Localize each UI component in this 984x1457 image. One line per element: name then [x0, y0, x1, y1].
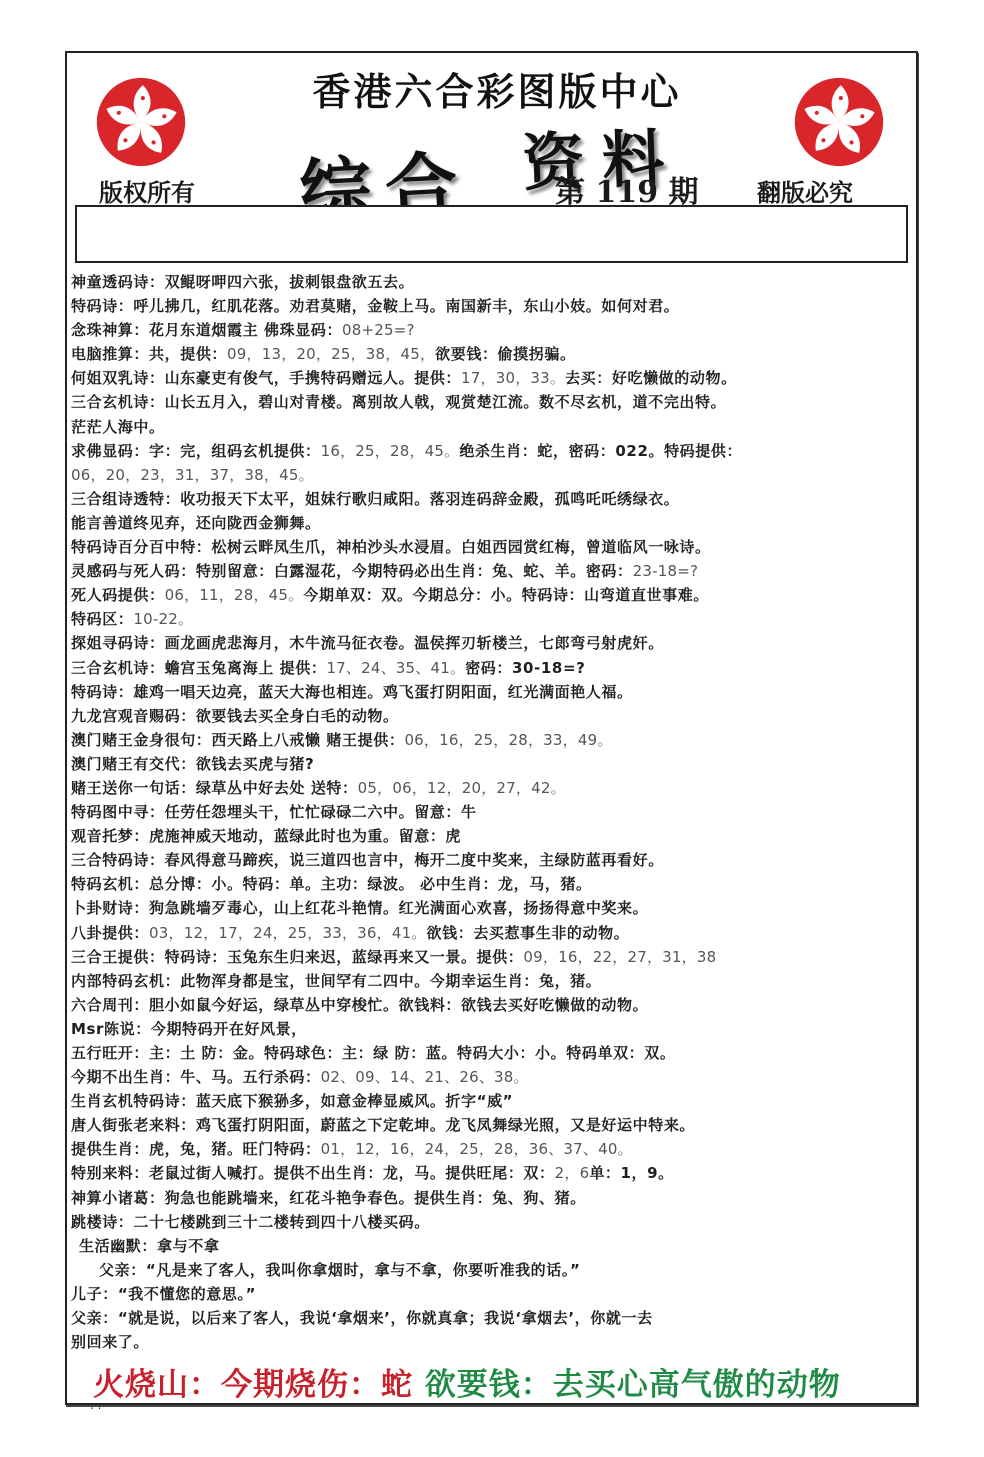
- line-numbers: 16，25，28，45。: [321, 442, 460, 460]
- line-label: 特码诗百分百中特：: [71, 538, 211, 556]
- footer-mark: . .: [90, 1398, 101, 1412]
- line-text: 特别留意：白露湿花，今期特码必出生肖：兔、蛇、羊。密码：: [196, 562, 633, 580]
- line-tail: 单：1，9。: [589, 1164, 673, 1182]
- line-text: 松树云畔凤生爪，神柏沙头水浸眉。白姐西园赏红梅，曾道临风一咏诗。: [211, 538, 710, 556]
- text-line: 别回来了。: [71, 1330, 911, 1354]
- line-label: 今期不出生肖：: [71, 1068, 180, 1086]
- line-tail: 去买：好吃懒做的动物。: [565, 369, 737, 387]
- line-label: 三合王提供：: [71, 948, 165, 966]
- line-tail: 欲钱：去买惹事生非的动物。: [427, 924, 630, 942]
- line-label: 三合玄机诗：: [71, 393, 165, 411]
- line-label: 神童透码诗：: [71, 273, 165, 291]
- blank-content-box: [75, 205, 908, 263]
- line-text: 画龙画虎悲海月，木牛流马征衣卷。温侯挥刃斩楼兰，七郎弯弓射虎奸。: [165, 634, 664, 652]
- line-text: 主：土 防：金。特码球色：主：绿 防：蓝。特码大小：小。特码单双：双。: [149, 1044, 675, 1062]
- line-text: 绿草丛中好去处 送特：: [196, 779, 358, 797]
- text-line: 特码诗：呼儿拂几，红肌花落。劝君莫赌，金鞍上马。南国新丰，东山小妓。如何对君。: [71, 294, 911, 318]
- text-line: 父亲：“就是说，以后来了客人，我说‘拿烟来’，你就真拿；我说‘拿烟去’，你就一去: [71, 1306, 911, 1330]
- line-text: 西天路上八戒懒 赌王提供：: [211, 731, 404, 749]
- line-text: 山长五月入，碧山对青楼。离别故人戟，观赏楚江流。数不尽玄机，道不完出特。: [165, 393, 727, 411]
- text-line: 澳门赌王金身很句：西天路上八戒懒 赌王提供：06，16，25，28，33，49。: [71, 728, 911, 752]
- text-line: 父亲：“凡是来了客人，我叫你拿烟时，拿与不拿，你要听准我的话。”: [71, 1258, 911, 1282]
- bauhinia-emblem-icon: [95, 76, 187, 168]
- text-line: 念珠神算：花月东道烟霞主 佛珠显码：08+25=?: [71, 318, 911, 342]
- line-label: 特码区：: [71, 610, 133, 628]
- text-line: 特码区：10-22。: [71, 607, 911, 631]
- text-line: 求佛显码：字：完，组码玄机提供：16，25，28，45。绝杀生肖：蛇，密码：02…: [71, 439, 911, 463]
- line-text: 共，提供：: [149, 345, 227, 363]
- line-numbers: 17，30，33。: [461, 369, 565, 387]
- line-numbers: 06，11，28，45。: [165, 586, 304, 604]
- copyright-right-label: 翻版必究: [757, 173, 853, 208]
- line-numbers: 03，12，17，24，25，33，36，41。: [149, 924, 427, 942]
- text-line: 生活幽默：拿与不拿: [71, 1234, 911, 1258]
- line-label: 生肖玄机特码诗：: [71, 1092, 196, 1110]
- text-line: 卜卦财诗：狗急跳墙歹毒心，山上红花斗艳情。红光满面心欢喜，扬扬得意中奖来。: [71, 896, 911, 920]
- text-line: 观音托梦：虎施神威天地动，蓝绿此时也为重。留意：虎: [71, 824, 911, 848]
- text-line: 九龙宫观音赐码：欲要钱去买全身白毛的动物。: [71, 704, 911, 728]
- line-numbers: 09，13，20，25，38，45，: [227, 345, 435, 363]
- bauhinia-emblem-icon: [793, 76, 885, 168]
- footer-banner: 火烧山：今期烧伤：蛇 欲要钱：去买心高气傲的动物: [93, 1359, 841, 1404]
- line-text: 别回来了。: [71, 1333, 149, 1351]
- text-line: 今期不出生肖：牛、马。五行杀码：02、09、14、21、26、38。: [71, 1065, 911, 1089]
- line-numbers: 06，16，25，28，33，49。: [404, 731, 612, 749]
- line-text: “就是说，以后来了客人，我说‘拿烟来’，你就真拿；我说‘拿烟去’，你就一去: [118, 1309, 653, 1327]
- text-line: 唐人街张老来料：鸡飞蛋打阴阳面，蔚蓝之下定乾坤。龙飞凤舞绿光照，又是好运中特来。: [71, 1113, 911, 1137]
- line-text: 收功报天下太平，姐妹行歌归咸阳。落羽连码辞金殿，孤鸣吒吒绣绿衣。: [180, 490, 679, 508]
- line-label: 三合特码诗：: [71, 851, 165, 869]
- line-tail: 欲要钱：偷摸拐骗。: [435, 345, 575, 363]
- text-line: 三合组诗透特：收功报天下太平，姐妹行歌归咸阳。落羽连码辞金殿，孤鸣吒吒绣绿衣。: [71, 487, 911, 511]
- line-label: 八卦提供：: [71, 924, 149, 942]
- line-label: 特码图中寻：: [71, 803, 165, 821]
- line-label: 五行旺开：: [71, 1044, 149, 1062]
- line-numbers: 08+25=?: [342, 321, 415, 339]
- text-line: 特码诗百分百中特：松树云畔凤生爪，神柏沙头水浸眉。白姐西园赏红梅，曾道临风一咏诗…: [71, 535, 911, 559]
- line-text: 今期特码开在好风景，: [151, 1020, 307, 1038]
- line-text: 胆小如鼠今好运，绿草丛中穿梭忙。欲钱料：欲钱去买好吃懒做的动物。: [149, 996, 648, 1014]
- text-line: 儿子：“我不懂您的意思。”: [71, 1282, 911, 1306]
- line-label: 特码诗：: [71, 297, 133, 315]
- line-text: 狗急跳墙歹毒心，山上红花斗艳情。红光满面心欢喜，扬扬得意中奖来。: [149, 899, 648, 917]
- copyright-left-label: 版权所有: [99, 173, 195, 208]
- line-label: 儿子：: [71, 1285, 118, 1303]
- line-label: 求佛显码：: [71, 442, 149, 460]
- line-text: 春风得意马蹄疾，说三道四也言中，梅开二度中奖来，主绿防蓝再看好。: [165, 851, 664, 869]
- text-line: 特码玄机：总分博：小。特码：单。主功：绿波。 必中生肖：龙，马，猪。: [71, 872, 911, 896]
- text-line: 特别来料：老鼠过街人喊打。提供不出生肖：龙，马。提供旺尾：双：2，6单：1，9。: [71, 1161, 911, 1185]
- line-text: 虎，兔，猪。旺门特码：: [149, 1140, 321, 1158]
- line-label: 特别来料：: [71, 1164, 149, 1182]
- line-text: 拿与不拿: [157, 1237, 219, 1255]
- line-text: “凡是来了客人，我叫你拿烟时，拿与不拿，你要听准我的话。”: [146, 1261, 581, 1279]
- text-line: 死人码提供：06，11，28，45。今期单双：双。今期总分：小。特码诗：山弯道直…: [71, 583, 911, 607]
- line-numbers: 02、09、14、21、26、38。: [321, 1068, 529, 1086]
- text-line: 三合特码诗：春风得意马蹄疾，说三道四也言中，梅开二度中奖来，主绿防蓝再看好。: [71, 848, 911, 872]
- line-label: 探姐寻码诗：: [71, 634, 165, 652]
- line-text: 总分博：小。特码：单。主功：绿波。 必中生肖：龙，马，猪。: [149, 875, 592, 893]
- line-text: “我不懂您的意思。”: [118, 1285, 256, 1303]
- bulletin-sheet: 香港六合彩图版中心 综合 资料 版权所有 第 119 期 翻版必究 神童透码诗：…: [65, 51, 918, 1405]
- line-label: 父亲：: [99, 1261, 146, 1279]
- line-text: 狗急也能跳墙来，红花斗艳争春色。提供生肖：兔、狗、猪。: [165, 1189, 586, 1207]
- line-numbers: 2，6: [555, 1164, 590, 1182]
- line-text: 鸡飞蛋打阴阳面，蔚蓝之下定乾坤。龙飞凤舞绿光照，又是好运中特来。: [196, 1116, 695, 1134]
- text-line: Msr陈说：今期特码开在好风景，: [71, 1017, 911, 1041]
- line-label: 死人码提供：: [71, 586, 165, 604]
- line-text: 蓝天底下猴狲多，如意金棒显威风。折字“威”: [196, 1092, 513, 1110]
- line-numbers: 23-18=?: [633, 562, 699, 580]
- banner-fire-text: 火烧山：今期烧伤：蛇: [93, 1367, 413, 1403]
- line-text: 呼儿拂几，红肌花落。劝君莫赌，金鞍上马。南国新丰，东山小妓。如何对君。: [133, 297, 679, 315]
- text-line: 提供生肖：虎，兔，猪。旺门特码：01，12，16，24，25，28，36、37、…: [71, 1137, 911, 1161]
- text-line: 八卦提供：03，12，17，24，25，33，36，41。欲钱：去买惹事生非的动…: [71, 921, 911, 945]
- line-label: 澳门赌王金身很句：: [71, 731, 211, 749]
- line-tail: 密码：30-18=?: [465, 659, 585, 677]
- text-line: 五行旺开：主：土 防：金。特码球色：主：绿 防：蓝。特码大小：小。特码单双：双。: [71, 1041, 911, 1065]
- line-label: 六合周刊：: [71, 996, 149, 1014]
- line-label: 内部特码玄机：: [71, 972, 180, 990]
- line-tail: 今期单双：双。今期总分：小。特码诗：山弯道直世事难。: [303, 586, 709, 604]
- line-text: 欲要钱去买全身白毛的动物。: [196, 707, 399, 725]
- line-label: 观音托梦：: [71, 827, 149, 845]
- line-label: 三合组诗透特：: [71, 490, 180, 508]
- line-label: 念珠神算：: [71, 321, 149, 339]
- line-label: 九龙宫观音赐码：: [71, 707, 196, 725]
- line-label: 卜卦财诗：: [71, 899, 149, 917]
- line-numbers: 06，20，23，31，37，38，45。: [71, 466, 314, 484]
- text-line: 探姐寻码诗：画龙画虎悲海月，木牛流马征衣卷。温侯挥刃斩楼兰，七郎弯弓射虎奸。: [71, 631, 911, 655]
- line-text: 雄鸡一唱天边亮，蓝天大海也相连。鸡飞蛋打阴阳面，红光满面艳人福。: [133, 683, 632, 701]
- line-text: 双鲲呀呷四六张，拔刺银盘欲五去。: [165, 273, 415, 291]
- text-line: 特码诗：雄鸡一唱天边亮，蓝天大海也相连。鸡飞蛋打阴阳面，红光满面艳人福。: [71, 680, 911, 704]
- text-line: 内部特码玄机：此物浑身都是宝，世间罕有二四中。今期幸运生肖：兔，猪。: [71, 969, 911, 993]
- text-line: 澳门赌王有交代：欲钱去买虎与猪?: [71, 752, 911, 776]
- text-line: 能言善道终见弃，还向陇西金狮舞。: [71, 511, 911, 535]
- line-label: 神算小诸葛：: [71, 1189, 165, 1207]
- line-text: 花月东道烟霞主 佛珠显码：: [149, 321, 342, 339]
- banner-money-text: 欲要钱：去买心高气傲的动物: [425, 1367, 841, 1403]
- line-label: 何姐双乳诗：: [71, 369, 165, 387]
- line-label: 三合玄机诗：: [71, 659, 165, 677]
- line-label: 灵感码与死人码：: [71, 562, 196, 580]
- line-numbers: 17、24、35、41。: [326, 659, 465, 677]
- line-text: 特码诗：玉兔东生归来迟，蓝绿再来又一景。提供：: [165, 948, 524, 966]
- text-line: 三合王提供：特码诗：玉兔东生归来迟，蓝绿再来又一景。提供：09，16，22，27…: [71, 945, 911, 969]
- line-label: 赌王送你一句话：: [71, 779, 196, 797]
- text-line: 06，20，23，31，37，38，45。: [71, 463, 911, 487]
- text-line: 六合周刊：胆小如鼠今好运，绿草丛中穿梭忙。欲钱料：欲钱去买好吃懒做的动物。: [71, 993, 911, 1017]
- line-text: 二十七楼跳到三十二楼转到四十八楼买码。: [133, 1213, 429, 1231]
- line-text: 老鼠过街人喊打。提供不出生肖：龙，马。提供旺尾：双：: [149, 1164, 555, 1182]
- line-text: 牛、马。五行杀码：: [180, 1068, 320, 1086]
- line-numbers: 10-22。: [133, 610, 193, 628]
- line-label: 跳楼诗：: [71, 1213, 133, 1231]
- line-numbers: 01，12，16，24，25，28，36、37、40。: [321, 1140, 633, 1158]
- text-line: 三合玄机诗：山长五月入，碧山对青楼。离别故人戟，观赏楚江流。数不尽玄机，道不完出…: [71, 390, 911, 414]
- line-text: 欲钱去买虎与猪?: [196, 755, 315, 773]
- line-label: 生活幽默：: [79, 1237, 157, 1255]
- line-label: 唐人街张老来料：: [71, 1116, 196, 1134]
- text-line: 赌王送你一句话：绿草丛中好去处 送特：05，06，12，20，27，42。: [71, 776, 911, 800]
- text-line: 跳楼诗：二十七楼跳到三十二楼转到四十八楼买码。: [71, 1210, 911, 1234]
- line-label: 提供生肖：: [71, 1140, 149, 1158]
- line-label: 特码玄机：: [71, 875, 149, 893]
- text-line: 电脑推算：共，提供：09，13，20，25，38，45，欲要钱：偷摸拐骗。: [71, 342, 911, 366]
- text-line: 特码图中寻：任劳任怨埋头干，忙忙碌碌二六中。留意：牛: [71, 800, 911, 824]
- line-label: 澳门赌王有交代：: [71, 755, 196, 773]
- line-text: 能言善道终见弃，还向陇西金狮舞。: [71, 514, 321, 532]
- line-text: 此物浑身都是宝，世间罕有二四中。今期幸运生肖：兔，猪。: [180, 972, 601, 990]
- line-text: 山东豪吏有俊气，手携特码赠远人。提供：: [165, 369, 461, 387]
- text-line: 三合玄机诗：蟾宫玉兔离海上 提供：17、24、35、41。密码：30-18=?: [71, 656, 911, 680]
- text-line: 何姐双乳诗：山东豪吏有俊气，手携特码赠远人。提供：17，30，33。去买：好吃懒…: [71, 366, 911, 390]
- line-text: 蟾宫玉兔离海上 提供：: [165, 659, 327, 677]
- line-text: 字：完，组码玄机提供：: [149, 442, 321, 460]
- line-label: 父亲：: [71, 1309, 118, 1327]
- line-tail: 绝杀生肖：蛇，密码：022。特码提供：: [459, 442, 742, 460]
- line-label: 电脑推算：: [71, 345, 149, 363]
- line-text: 虎施神威天地动，蓝绿此时也为重。留意：虎: [149, 827, 461, 845]
- line-text: 茫茫人海中。: [71, 418, 165, 436]
- line-numbers: 05，06，12，20，27，42。: [358, 779, 566, 797]
- line-text: 任劳任怨埋头干，忙忙碌碌二六中。留意：牛: [165, 803, 477, 821]
- content-lines: 神童透码诗：双鲲呀呷四六张，拔刺银盘欲五去。特码诗：呼儿拂几，红肌花落。劝君莫赌…: [71, 270, 911, 1354]
- text-line: 神童透码诗：双鲲呀呷四六张，拔刺银盘欲五去。: [71, 270, 911, 294]
- line-numbers: 09，16，22，27，31，38: [523, 948, 716, 966]
- text-line: 灵感码与死人码：特别留意：白露湿花，今期特码必出生肖：兔、蛇、羊。密码：23-1…: [71, 559, 911, 583]
- line-label: 特码诗：: [71, 683, 133, 701]
- text-line: 茫茫人海中。: [71, 415, 911, 439]
- text-line: 神算小诸葛：狗急也能跳墙来，红花斗艳争春色。提供生肖：兔、狗、猪。: [71, 1186, 911, 1210]
- line-label: Msr陈说：: [71, 1020, 151, 1038]
- text-line: 生肖玄机特码诗：蓝天底下猴狲多，如意金棒显威风。折字“威”: [71, 1089, 911, 1113]
